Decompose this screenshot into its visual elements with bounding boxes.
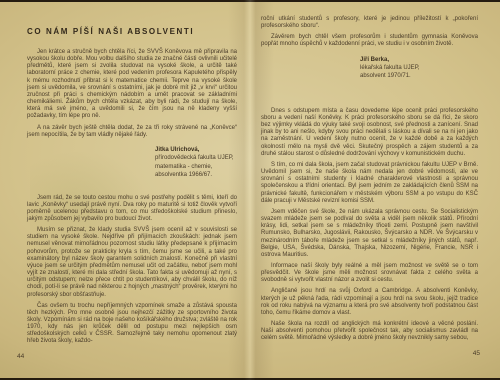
paragraph: roční utkání studentů s profesory, které… (261, 16, 478, 30)
book-spread-photo: CO NÁM PÍŠÍ NAŠI ABSOLVENTI Jen krátce a… (0, 0, 500, 380)
signature-block: Jitka Ulrichová, přírodovědecká fakulta … (155, 146, 237, 180)
signature-year: absolvent 1970/71. (360, 72, 478, 80)
paragraph: Jsem vděčen své škole, že nám ukázala sp… (261, 209, 478, 259)
page-number-left: 44 (17, 353, 24, 360)
signature-year: absolventka 1966/67. (155, 171, 237, 179)
paragraph: S tím, co mi dala škola, jsem začal stud… (261, 162, 478, 205)
right-page: roční utkání studentů s profesory, které… (253, 0, 500, 380)
paragraph: Angličané jsou hrdí na svůj Oxford a Cam… (261, 288, 478, 317)
paragraph: Jen krátce a stručně bych chtěla říci, ž… (27, 49, 237, 121)
signature-name: Jiří Berka, (360, 56, 478, 64)
paragraph: Jsem rád, že se touto cestou mohu o své … (27, 195, 237, 224)
paragraph: Čas ovšem tu trochu nepříjemných vzpomín… (27, 303, 237, 346)
signature-faculty: přírodovědecká fakulta UJEP, (155, 154, 237, 162)
signature-name: Jitka Ulrichová, (155, 146, 237, 154)
left-page: CO NÁM PÍŠÍ NAŠI ABSOLVENTI Jen krátce a… (0, 0, 247, 380)
signature-block: Jiří Berka, lékařská fakulta UJEP, absol… (360, 56, 478, 81)
signature-faculty: lékařská fakulta UJEP, (360, 64, 478, 72)
paragraph: Musím se přiznat, že klady studia SVVŠ j… (27, 227, 237, 299)
paragraph: A na závěr bych ještě chtěla dodat, že z… (27, 125, 237, 139)
signature-field: matematika - chemie, (155, 163, 237, 171)
paragraph: Závěrem bych chtěl všem profesorům i stu… (261, 34, 478, 48)
paragraph: Naše škola na rozdíl od anglických má ko… (261, 321, 478, 342)
top-margin (261, 0, 478, 16)
page-title: CO NÁM PÍŠÍ NAŠI ABSOLVENTI (27, 27, 237, 36)
page-number-right: 45 (473, 350, 480, 357)
paragraph: Dnes s odstupem místa a času dovedeme lé… (261, 108, 478, 158)
paragraph: Informace naší školy byly reálné a měl j… (261, 263, 478, 284)
